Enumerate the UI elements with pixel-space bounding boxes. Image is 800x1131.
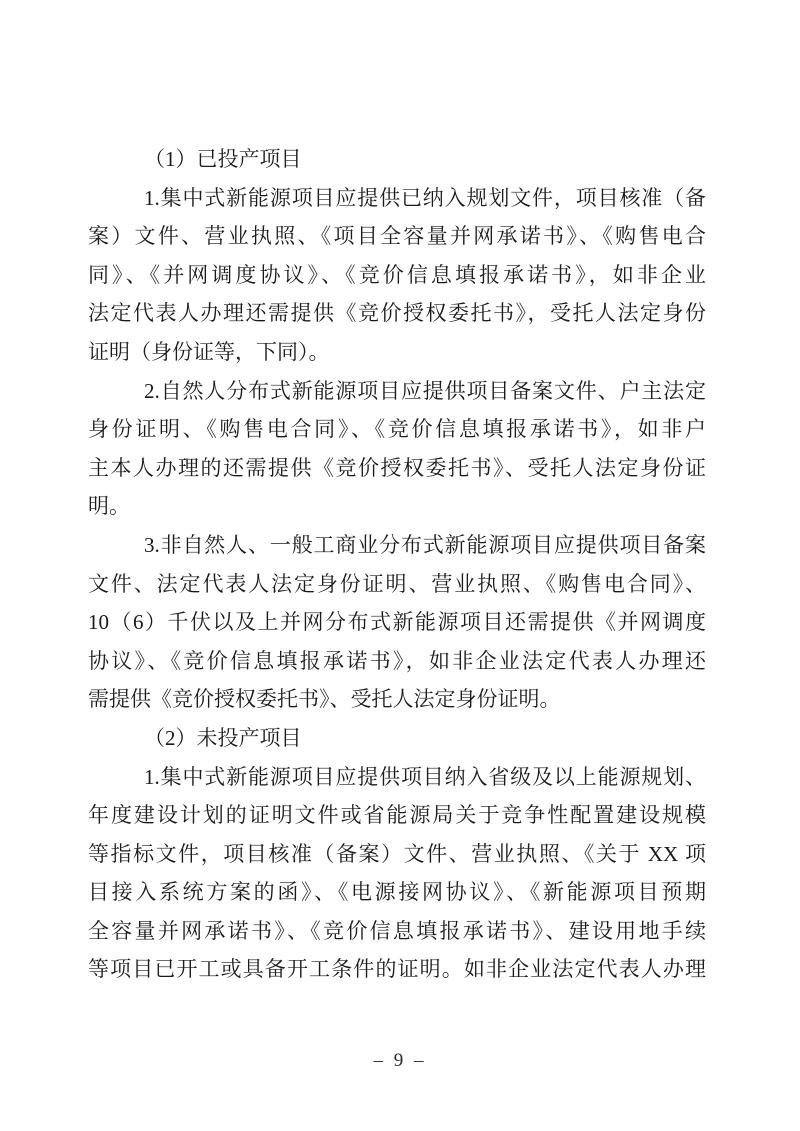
text-line: 需提供《竞价授权委托书》、受托人法定身份证明。 xyxy=(88,680,706,719)
text-line: 等指标文件，项目核准（备案）文件、营业执照、《关于 XX 项 xyxy=(88,835,706,874)
text-line: 身份证明、《购售电合同》、《竞价信息填报承诺书》，如非户 xyxy=(88,410,706,449)
text-line: 10（6）千伏以及上并网分布式新能源项目还需提供《并网调度 xyxy=(88,603,706,642)
text-line: 等项目已开工或具备开工条件的证明。如非企业法定代表人办理 xyxy=(88,950,706,989)
text-line: 明。 xyxy=(88,487,706,526)
text-line: 法定代表人办理还需提供《竞价授权委托书》，受托人法定身份 xyxy=(88,294,706,333)
text-line: 2.自然人分布式新能源项目应提供项目备案文件、户主法定 xyxy=(88,372,706,411)
text-line: 文件、法定代表人法定身份证明、营业执照、《购售电合同》、 xyxy=(88,565,706,604)
text-line: 同》、《并网调度协议》、《竞价信息填报承诺书》，如非企业 xyxy=(88,256,706,295)
text-line: 主本人办理的还需提供《竞价授权委托书》、受托人法定身份证 xyxy=(88,449,706,488)
text-line: 年度建设计划的证明文件或省能源局关于竞争性配置建设规模 xyxy=(88,796,706,835)
text-line: 1.集中式新能源项目应提供已纳入规划文件，项目核准（备 xyxy=(88,179,706,218)
text-line: （2）未投产项目 xyxy=(88,719,706,758)
page-number: – 9 – xyxy=(0,1046,800,1076)
text-line: 目接入系统方案的函》、《电源接网协议》、《新能源项目预期 xyxy=(88,873,706,912)
text-line: 1.集中式新能源项目应提供项目纳入省级及以上能源规划、 xyxy=(88,758,706,797)
text-line: 证明（身份证等，下同）。 xyxy=(88,333,706,372)
text-line: 案）文件、营业执照、《项目全容量并网承诺书》、《购售电合 xyxy=(88,217,706,256)
document-body: （1）已投产项目1.集中式新能源项目应提供已纳入规划文件，项目核准（备案）文件、… xyxy=(88,140,706,989)
text-line: 全容量并网承诺书》、《竞价信息填报承诺书》、建设用地手续 xyxy=(88,912,706,951)
document-page: （1）已投产项目1.集中式新能源项目应提供已纳入规划文件，项目核准（备案）文件、… xyxy=(0,0,800,1131)
text-line: 协议》、《竞价信息填报承诺书》，如非企业法定代表人办理还 xyxy=(88,642,706,681)
text-line: （1）已投产项目 xyxy=(88,140,706,179)
text-line: 3.非自然人、一般工商业分布式新能源项目应提供项目备案 xyxy=(88,526,706,565)
